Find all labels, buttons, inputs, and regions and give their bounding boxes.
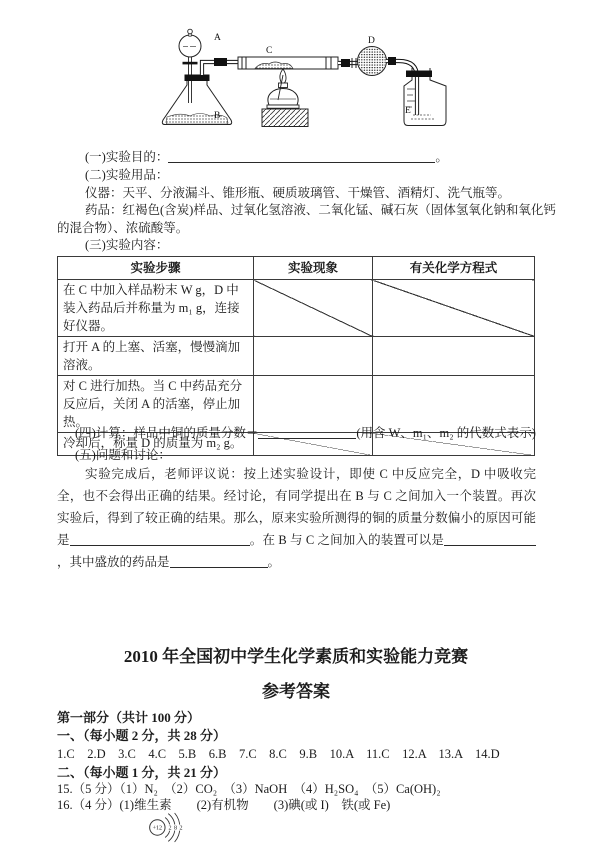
step-text: 打开 A 的上塞、活塞，慢慢滴加溶液。 [63,340,240,372]
discussion-blank-2 [444,532,536,546]
purpose-blank [168,149,435,163]
question16-answers: 16.（4 分）(1)维生素 (2)有机物 (3)碘(或 I) 铁(或 Fe) [57,797,390,814]
step-cell: 在 C 中加入样品粉末 W g，D 中装入药品后并称量为 m₁ g，连接好仪器。 [58,280,254,337]
instruments-line: 仪器：天平、分液漏斗、锥形瓶、硬质玻璃管、干燥管、酒精灯、洗气瓶等。 [85,185,510,202]
calc-label: (四)计算：样品中铜的质量分数＝ [75,426,258,440]
answer-cell [373,337,535,376]
discussion-paragraph: 实验完成后，老师评议说：按上述实验设计，即使 C 中反应完全，D 中吸收完全，也… [57,463,536,573]
purpose-period: 。 [435,150,448,164]
connector-tube [338,58,360,68]
shell3-electrons: 2 [179,826,182,832]
reagents-line-2: 的混合物）、浓硫酸等。 [57,220,188,237]
lamp-stand-block [262,109,308,127]
drying-bulb [358,47,387,76]
answer-cell [254,376,373,433]
answer-key-subtitle: 参考答案 [0,677,592,702]
section1-heading: 一、（每小题 2 分，共 28 分） [57,727,226,744]
part1-heading: 第一部分（共计 100 分） [57,709,200,726]
alcohol-lamp [262,69,308,127]
col-steps: 实验步骤 [58,257,254,280]
answer-key-title: 2010 年全国初中学生化学素质和实验能力竞赛 [0,642,592,667]
step-text: 对 C 进行加热。当 C 中药品充分反应后，关闭 A 的活塞，停止加热。 [63,379,242,429]
supplies-label: (二)实验用品： [85,167,168,184]
calc-blank [258,425,356,439]
label-A: A [214,33,221,43]
step-cell: 对 C 进行加热。当 C 中药品充分反应后，关闭 A 的活塞，停止加热。 [58,376,254,433]
label-B: B [214,111,220,121]
apparatus-diagram: A B C D E [145,25,465,150]
discussion-text-3: ，其中盛放的药品是 [57,555,170,569]
discussion-text-4: 。 [268,555,281,569]
col-phenomena: 实验现象 [254,257,373,280]
na-cell [373,280,535,337]
discussion-blank-1 [70,532,250,546]
step-text: 在 C 中加入样品粉末 W g，D 中装入药品后并称量为 m₁ g，连接好仪器。 [63,283,240,333]
purpose-label: (一)实验目的： [85,150,168,164]
label-E: E [405,106,411,116]
table-row: 对 C 进行加热。当 C 中药品充分反应后，关闭 A 的活塞，停止加热。 [58,376,535,433]
multiple-choice-answers: 1.C 2.D 3.C 4.C 5.B 6.B 7.C 8.C 9.B 10.A… [57,746,500,763]
delivery-tube [202,58,240,75]
content-label: (三)实验内容： [85,237,168,254]
calc-suffix: (用含 W、m₁、m₂ 的代数式表示) [356,426,536,440]
discussion-blank-3 [170,554,268,568]
na-cell [254,280,373,337]
table-header-row: 实验步骤 实验现象 有关化学方程式 [58,257,535,280]
document-page: A B C D E (一)实验目的：。 (二)实验用品： 仪器：天平、分液漏斗、… [0,0,592,862]
conical-flask [162,80,231,125]
shell1-electrons: 2 [168,826,171,832]
step-cell: 打开 A 的上塞、活塞，慢慢滴加溶液。 [58,337,254,376]
label-D: D [368,36,375,46]
discussion-text-2: 。在 B 与 C 之间加入的装置可以是 [250,533,444,547]
table-row: 打开 A 的上塞、活塞，慢慢滴加溶液。 [58,337,535,376]
calculation-line: (四)计算：样品中铜的质量分数＝(用含 W、m₁、m₂ 的代数式表示) [75,425,536,442]
answer-cell [373,376,535,433]
label-C: C [266,46,272,56]
section2-heading: 二、（每小题 1 分，共 21 分） [57,764,226,781]
discussion-label: (五)问题和讨论： [75,447,171,464]
atomic-structure-diagram: +12 2 8 2 [148,812,192,843]
gas-bottle [386,57,446,126]
glass-tube [238,57,338,69]
question15-answers: 15.（5 分）（1）N₂ （2）CO₂ （3）NaOH （4）H₂SO₄ （5… [57,781,441,798]
nucleus-charge: +12 [153,826,162,832]
answer-cell [254,337,373,376]
experiment-purpose-line: (一)实验目的：。 [85,149,448,166]
reagents-line-1: 药品：红褐色(含炭)样品、过氧化氢溶液、二氧化锰、碱石灰（固体氢氧化钠和氧化钙 [85,202,556,219]
shell2-electrons: 8 [174,826,177,832]
col-equations: 有关化学方程式 [373,257,535,280]
table-row: 在 C 中加入样品粉末 W g，D 中装入药品后并称量为 m₁ g，连接好仪器。 [58,280,535,337]
